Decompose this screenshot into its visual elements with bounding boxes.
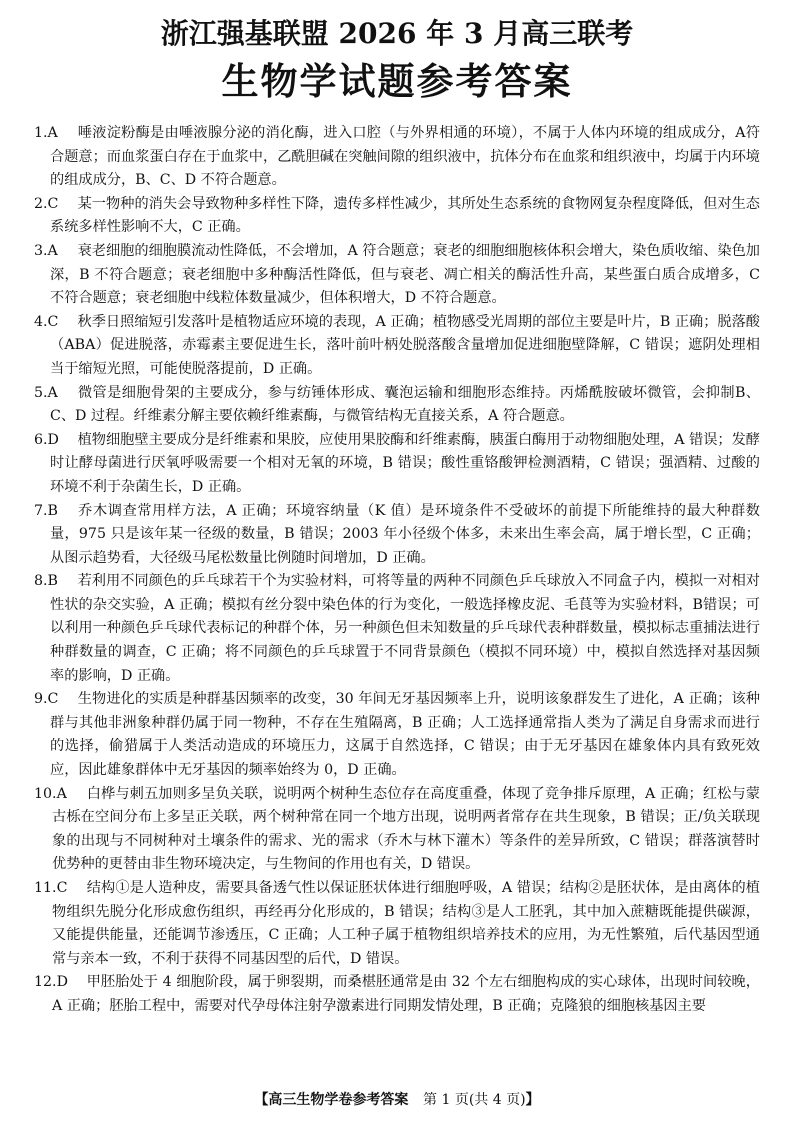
question-number: 6. (34, 432, 48, 448)
question-number: 4. (34, 314, 48, 330)
page-number: 第 1 页(共 4 页) (423, 1092, 526, 1108)
answer-key: A (48, 122, 78, 146)
answer-explanation: 唾液淀粉酶是由唾液腺分泌的消化酶，进入口腔（与外界相通的环境），不属于人体内环境… (50, 125, 760, 188)
answer-explanation: 结构①是人造种皮，需要具备透气性以保证胚状体进行细胞呼吸，A 错误；结构②是胚状… (52, 880, 760, 967)
answer-key: A (48, 382, 78, 406)
footer-label: 高三生物学卷参考答案 (268, 1092, 408, 1108)
answer-key: B (48, 570, 78, 594)
answer-key: A (57, 783, 87, 807)
question-number: 7. (34, 503, 48, 519)
answer-explanation: 白桦与刺五加则多呈负关联，说明两个树种生态位存在高度重叠，体现了竞争排斥原理，A… (52, 786, 760, 873)
answer-key: D (57, 971, 87, 995)
page-footer: 【高三生物学卷参考答案 第 1 页(共 4 页)】 (0, 1089, 794, 1109)
question-number: 8. (34, 573, 48, 589)
footer-bracket-open: 【 (254, 1092, 268, 1108)
answer-explanation: 乔木调查常用样方法，A 正确；环境容纳量（K 值）是环境条件不受破坏的前提下所能… (50, 503, 760, 566)
answer-explanation: 某一物种的消失会导致物种多样性下降，遗传多样性减少，其所处生态系统的食物网复杂程… (50, 196, 760, 236)
question-number: 11. (34, 880, 57, 896)
question-number: 3. (34, 243, 48, 259)
answer-explanation: 甲胚胎处于 4 细胞阶段，属于卵裂期，而桑椹胚通常是由 32 个左右细胞构成的实… (52, 974, 760, 1014)
answer-item-12: 12.D甲胚胎处于 4 细胞阶段，属于卵裂期，而桑椹胚通常是由 32 个左右细胞… (34, 971, 760, 1018)
answer-key: C (48, 311, 78, 335)
answer-item-4: 4.C秋季日照缩短引发落叶是植物适应环境的表现，A 正确；植物感受光周期的部位主… (34, 311, 760, 382)
answer-explanation: 植物细胞壁主要成分是纤维素和果胶，应使用果胶酶和纤维素酶，胰蛋白酶用于动物细胞处… (50, 432, 760, 495)
answer-item-2: 2.C某一物种的消失会导致物种多样性下降，遗传多样性减少，其所处生态系统的食物网… (34, 193, 760, 240)
answer-item-6: 6.D植物细胞壁主要成分是纤维素和果胶，应使用果胶酶和纤维素酶，胰蛋白酶用于动物… (34, 429, 760, 500)
answer-key: D (48, 429, 78, 453)
answer-item-1: 1.A唾液淀粉酶是由唾液腺分泌的消化酶，进入口腔（与外界相通的环境），不属于人体… (34, 122, 760, 193)
question-number: 5. (34, 385, 48, 401)
answer-item-8: 8.B若利用不同颜色的乒乓球若干个为实验材料，可将等量的两种不同颜色乒乓球放入不… (34, 570, 760, 688)
answer-key: B (48, 500, 78, 524)
answer-item-10: 10.A白桦与刺五加则多呈负关联，说明两个树种生态位存在高度重叠，体现了竞争排斥… (34, 783, 760, 877)
answer-item-11: 11.C结构①是人造种皮，需要具备透气性以保证胚状体进行细胞呼吸，A 错误；结构… (34, 877, 760, 971)
answer-item-7: 7.B乔木调查常用样方法，A 正确；环境容纳量（K 值）是环境条件不受破坏的前提… (34, 500, 760, 571)
answer-key: C (48, 193, 78, 217)
answer-key: C (48, 688, 78, 712)
question-number: 12. (34, 974, 57, 990)
answer-item-9: 9.C生物进化的实质是种群基因频率的改变，30 年间无牙基因频率上升，说明该象群… (34, 688, 760, 782)
answer-explanation: 若利用不同颜色的乒乓球若干个为实验材料，可将等量的两种不同颜色乒乓球放入不同盒子… (50, 573, 760, 683)
question-number: 2. (34, 196, 48, 212)
answer-explanation: 秋季日照缩短引发落叶是植物适应环境的表现，A 正确；植物感受光周期的部位主要是叶… (50, 314, 760, 377)
answer-key: C (57, 877, 87, 901)
document-subtitle: 生物学试题参考答案 (0, 56, 794, 106)
answer-item-3: 3.A衰老细胞的细胞膜流动性降低，不会增加，A 符合题意；衰老的细胞细胞核体积会… (34, 240, 760, 311)
question-number: 9. (34, 691, 48, 707)
exam-title: 浙江强基联盟 2026 年 3 月高三联考 (0, 14, 794, 54)
footer-bracket-close: 】 (526, 1092, 540, 1108)
question-number: 10. (34, 786, 57, 802)
answer-item-5: 5.A微管是细胞骨架的主要成分，参与纺锤体形成、囊泡运输和细胞形态维持。丙烯酰胺… (34, 382, 760, 429)
answer-explanation: 微管是细胞骨架的主要成分，参与纺锤体形成、囊泡运输和细胞形态维持。丙烯酰胺破坏微… (50, 385, 760, 425)
answer-explanation: 生物进化的实质是种群基因频率的改变，30 年间无牙基因频率上升，说明该象群发生了… (50, 691, 760, 778)
answer-explanation: 衰老细胞的细胞膜流动性降低，不会增加，A 符合题意；衰老的细胞细胞核体积会增大，… (50, 243, 760, 306)
answer-list: 1.A唾液淀粉酶是由唾液腺分泌的消化酶，进入口腔（与外界相通的环境），不属于人体… (34, 122, 760, 1019)
answer-key: A (48, 240, 78, 264)
question-number: 1. (34, 125, 48, 141)
